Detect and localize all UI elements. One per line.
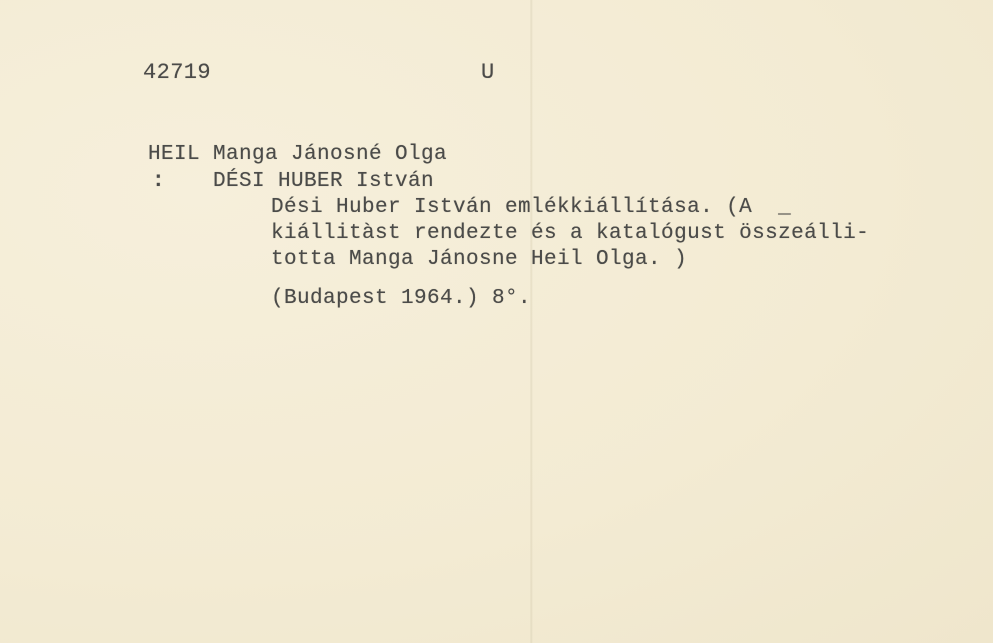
title-line-2: kiállitàst rendezte és a katalógust össz… [271,222,869,245]
main-heading: HEIL Manga Jánosné Olga [148,143,447,166]
accession-number: 42719 [143,60,211,85]
added-entry: DÉSI HUBER István [213,170,434,193]
title-line-1: Dési Huber István emlékkiállítása. (A _ [271,196,791,219]
title-line-3: totta Manga Jánosne Heil Olga. ) [271,248,687,271]
imprint: (Budapest 1964.) 8°. [271,287,531,310]
added-entry-separator: : [152,170,165,193]
location-mark: U [481,60,495,85]
catalog-card: 42719 U HEIL Manga Jánosné Olga : DÉSI H… [0,0,993,643]
